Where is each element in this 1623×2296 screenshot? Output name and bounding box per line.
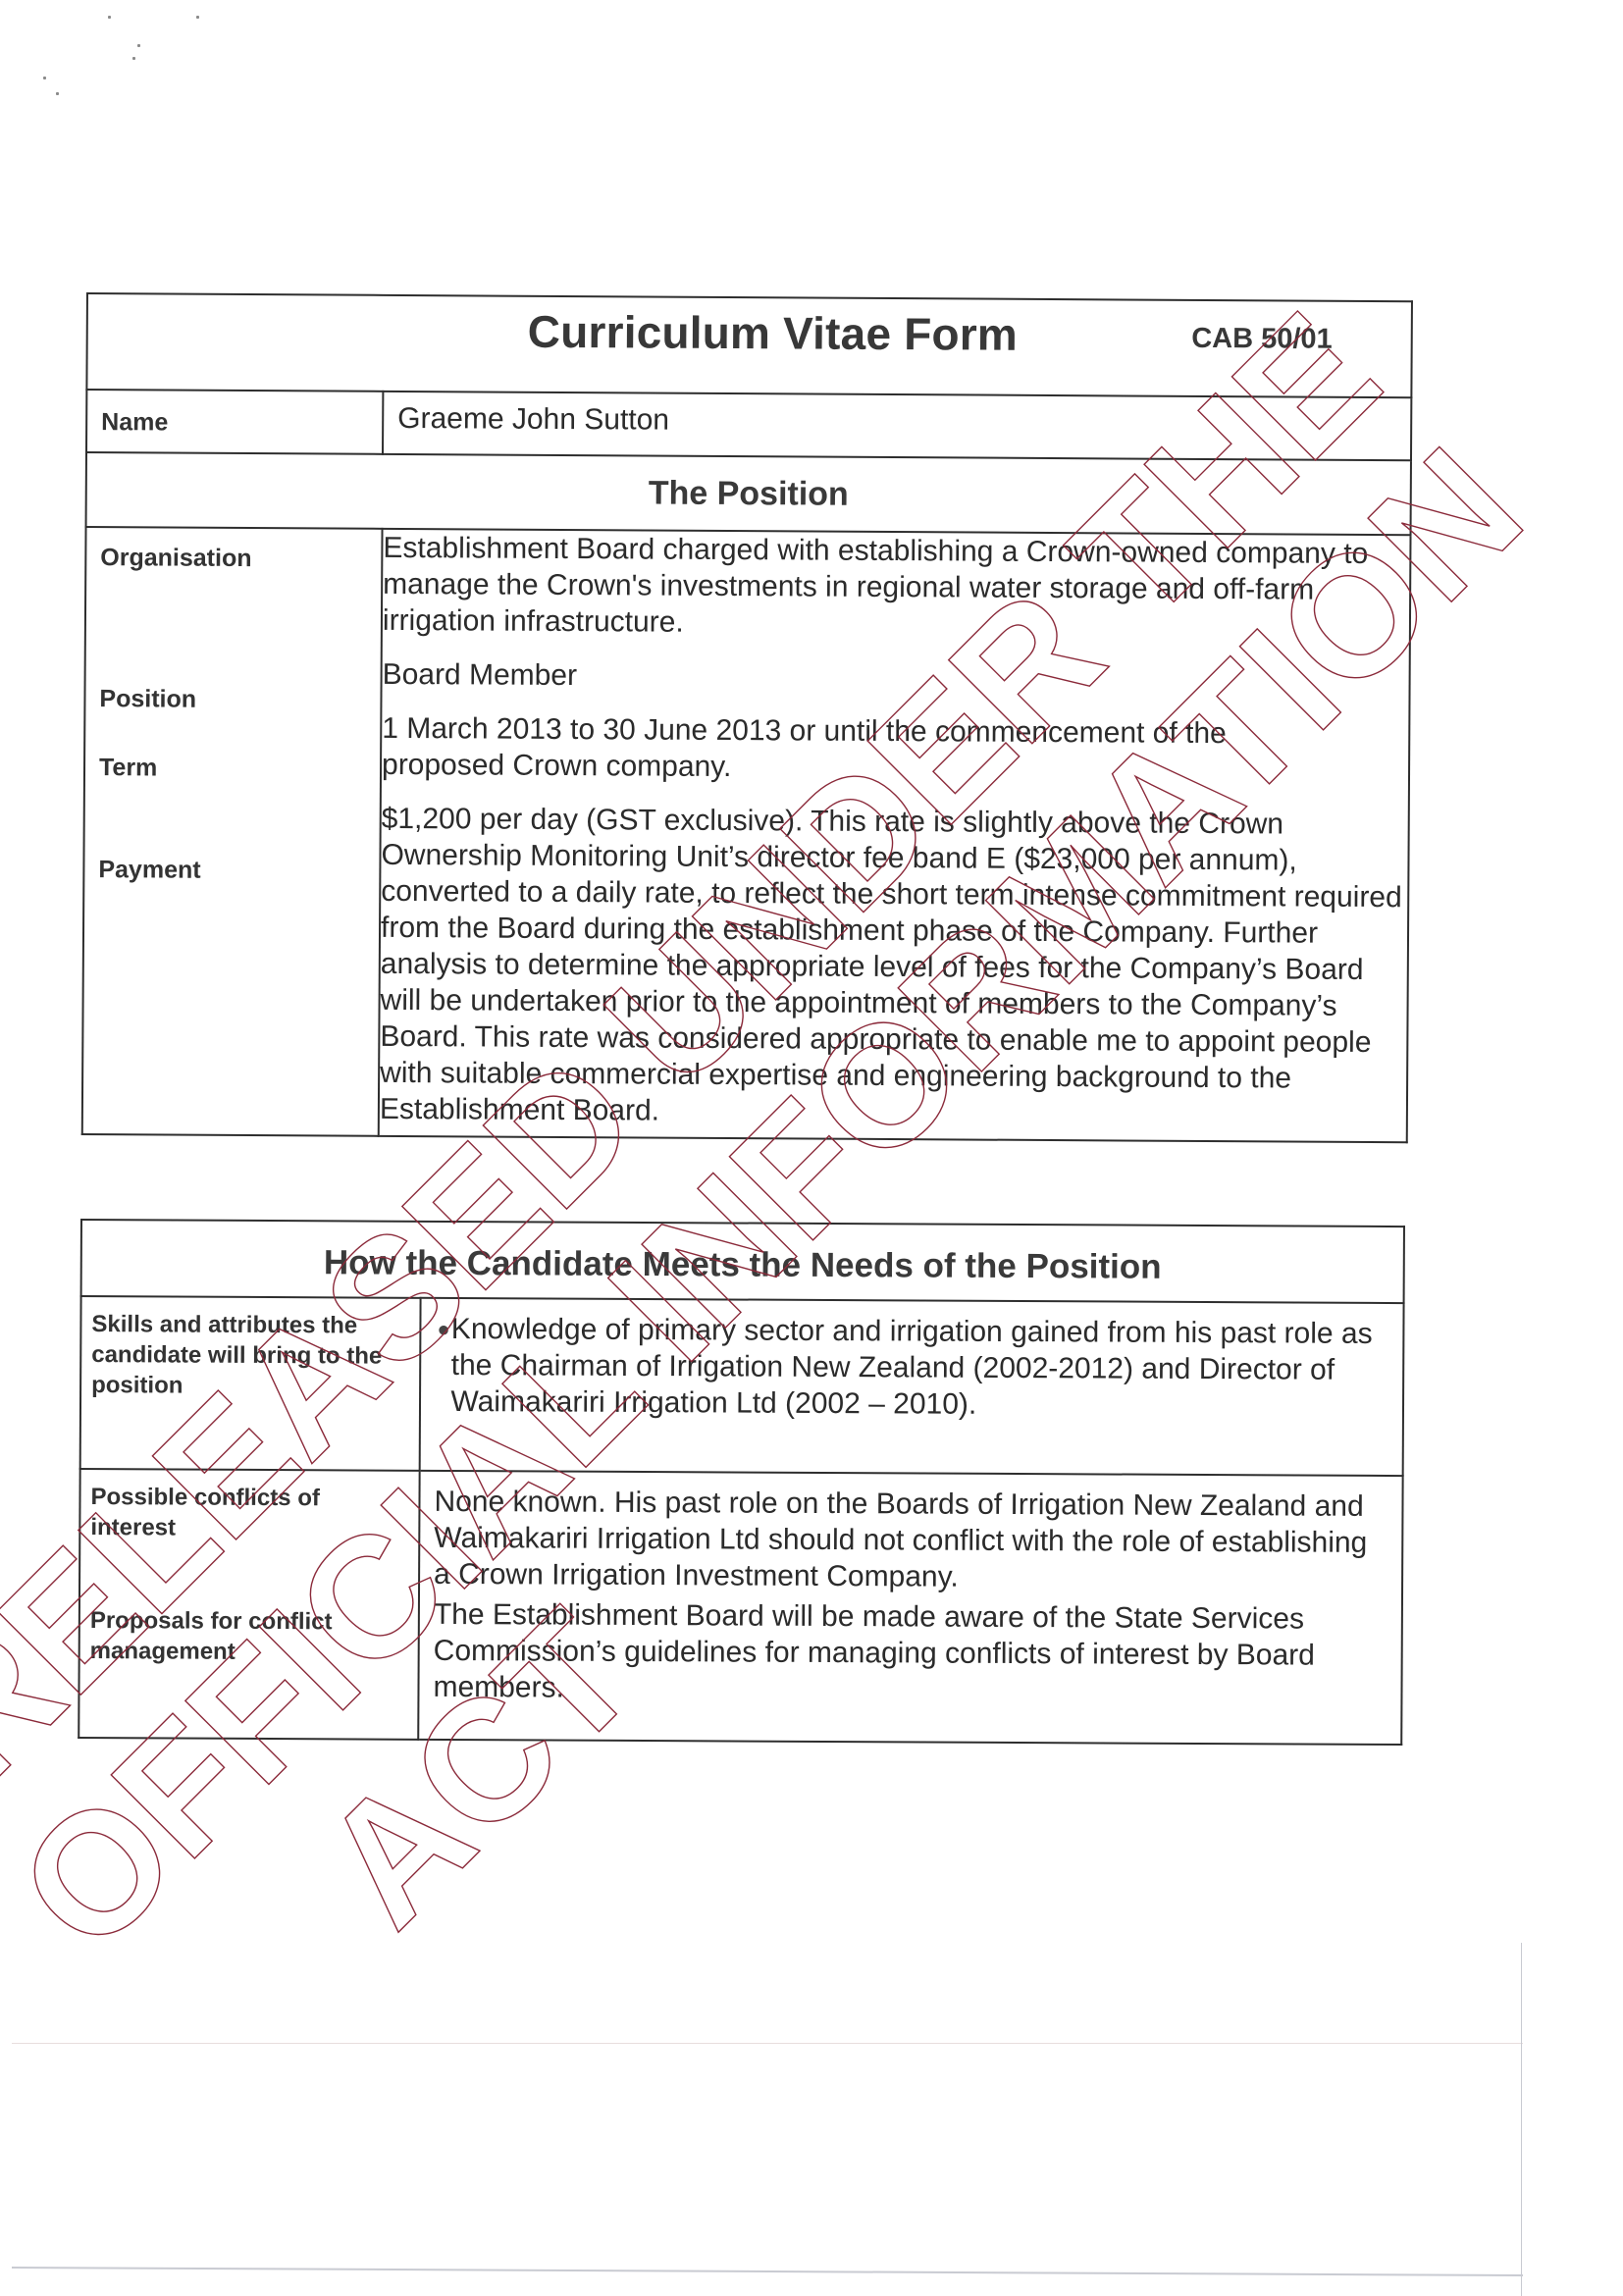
position-section-header: The Position [86,452,1411,535]
page-right-edge [1521,1943,1522,2296]
candidate-section-header: How the Candidate Meets the Needs of the… [81,1220,1404,1303]
skills-label-cell: Skills and attributes the candidate will… [80,1296,421,1471]
skills-bullet-text: Knowledge of primary sector and irrigati… [450,1311,1392,1425]
form-header: Curriculum Vitae Form CAB 50/01 [86,293,1412,397]
term-label: Term [99,754,157,782]
scan-speck [108,16,111,19]
form-title: Curriculum Vitae Form [528,305,1019,361]
scan-line [12,2043,1523,2044]
conflicts-values-cell: None known. His past role on the Boards … [418,1471,1402,1745]
position-value: Board Member [383,656,1409,699]
conflicts-label: Possible conflicts of interest [90,1482,410,1544]
name-label-cell: Name [86,390,383,454]
cv-form-table: Curriculum Vitae Form CAB 50/01 Name Gra… [81,292,1413,1143]
conflicts-labels-cell: Possible conflicts of interest Proposals… [79,1469,419,1740]
page-bottom-edge [12,2267,1523,2276]
name-value-cell: Graeme John Sutton [383,391,1411,460]
name-label: Name [87,391,382,439]
skills-label: Skills and attributes the candidate will… [91,1309,411,1402]
organisation-label: Organisation [100,544,251,573]
skills-value-cell: ● Knowledge of primary sector and irriga… [420,1298,1404,1476]
payment-label: Payment [98,856,200,885]
term-value: 1 March 2013 to 30 June 2013 or until th… [382,710,1408,789]
conflicts-value: None known. His past role on the Boards … [434,1484,1392,1597]
position-labels-cell: Organisation Position Term Payment [82,527,383,1136]
payment-value: $1,200 per day (GST exclusive). This rat… [380,801,1408,1133]
scan-speck [137,44,140,47]
scan-speck [132,57,135,60]
scan-specks [0,0,245,128]
bullet-icon: ● [435,1311,451,1420]
candidate-section-title: How the Candidate Meets the Needs of the… [324,1243,1162,1286]
name-value: Graeme John Sutton [384,392,1410,443]
conflict-management-value: The Establishment Board will be made awa… [433,1596,1391,1710]
conflict-management-label: Proposals for conflict management [90,1605,385,1668]
form-reference: CAB 50/01 [1191,323,1333,356]
organisation-value: Establishment Board charged with establi… [383,530,1410,645]
skills-bullet-item: ● Knowledge of primary sector and irriga… [435,1311,1393,1425]
position-values-cell: Establishment Board charged with establi… [379,529,1411,1142]
position-section-title: The Position [649,475,849,514]
position-label: Position [99,685,196,714]
scan-speck [43,77,46,79]
candidate-fit-table: How the Candidate Meets the Needs of the… [78,1219,1405,1746]
scan-speck [56,92,59,95]
scan-speck [196,16,199,19]
